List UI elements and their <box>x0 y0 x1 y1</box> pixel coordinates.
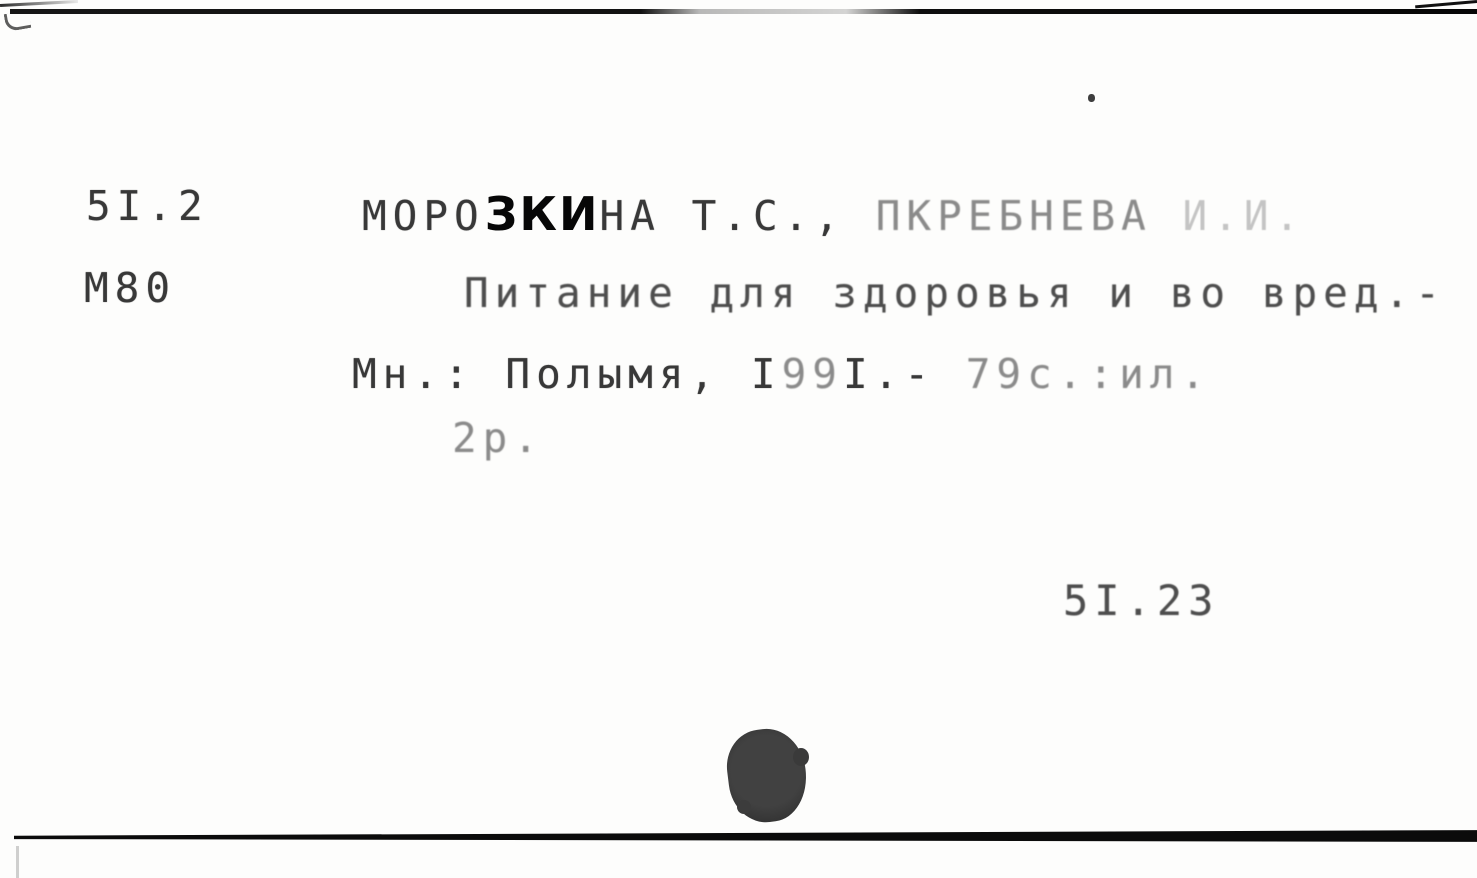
author1-overprint: ЗКИ <box>485 187 600 241</box>
call-number: 5I.2 <box>86 186 209 227</box>
ink-speck-icon <box>1088 94 1095 102</box>
price-line: 2р. <box>452 418 544 459</box>
imprint-place-publisher: Мн.: Полымя, I <box>352 350 782 398</box>
author-heading: МОРОЗКИНА Т.С., ПКРЕБНЕВА И.И. <box>362 191 1305 237</box>
imprint-line: Мн.: Полымя, I99I.- 79с.:ил. <box>352 354 1211 395</box>
author1-name-part: МОРО <box>362 192 485 240</box>
author2-name: ПКРЕБНЕВА <box>876 192 1183 240</box>
author1-name-part: НА Т.С., <box>600 192 876 240</box>
bottom-edge-rule <box>14 829 1477 843</box>
card-corner-curl-icon <box>4 10 32 32</box>
imprint-year-faint: 99 <box>782 350 843 398</box>
catalog-card-scan: 5I.2 М80 МОРОЗКИНА Т.С., ПКРЕБНЕВА И.И. … <box>0 0 1477 878</box>
ink-blot-icon <box>723 725 812 827</box>
author-mark: М80 <box>84 268 176 309</box>
index-number: 5I.23 <box>1063 580 1219 622</box>
top-edge-rule <box>10 9 1477 14</box>
top-edge-fork <box>1415 0 1477 8</box>
top-edge-dash <box>0 0 78 7</box>
title-line: Питание для здоровья и во вред.- <box>464 273 1446 314</box>
ink-blot-edge <box>793 748 809 766</box>
ink-blot-edge <box>737 800 751 814</box>
author2-initials: И.И. <box>1183 192 1306 240</box>
imprint-year-end: I.- <box>843 350 966 398</box>
imprint-pagination: 79с.:ил. <box>966 350 1211 398</box>
bottom-left-tick <box>16 846 19 878</box>
